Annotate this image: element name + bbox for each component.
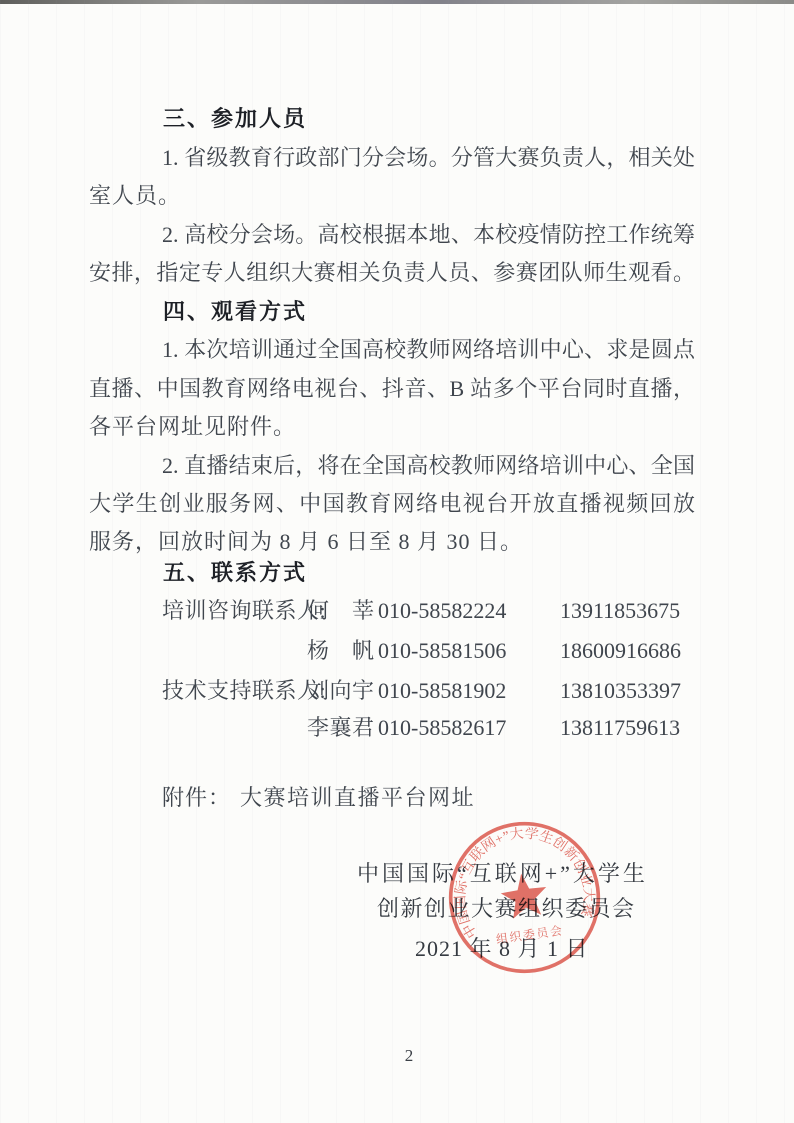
- contact-name: 刘向宇: [307, 676, 375, 706]
- contact-phone: 010-58582617: [378, 713, 506, 743]
- contact-phone: 010-58582224: [378, 596, 506, 626]
- document-page: 三、参加人员 1. 省级教育行政部门分会场。分管大赛负责人，相关处 室人员。 2…: [0, 0, 794, 1123]
- contact-row: 李襄君 010-58582617 13811759613: [0, 713, 794, 743]
- contact-name: 何 莘: [307, 596, 375, 626]
- seal-bottom-text: 组织委员会: [495, 923, 564, 946]
- attachment-note: 附件： 大赛培训直播平台网址: [0, 783, 794, 813]
- attachment-label: 附件：: [162, 783, 231, 813]
- paragraph-line: 服务，回放时间为 8 月 6 日至 8 月 30 日。: [89, 527, 695, 557]
- paragraph-line: 直播、中国教育网络电视台、抖音、B 站多个平台同时直播，: [89, 374, 695, 404]
- contact-phone: 010-58581506: [378, 636, 506, 666]
- paragraph-line: 2. 高校分会场。高校根据本地、本校疫情防控工作统筹: [89, 220, 695, 250]
- contact-mobile: 18600916686: [560, 636, 681, 666]
- contact-mobile: 13911853675: [560, 596, 680, 626]
- contact-name: 杨 帆: [307, 636, 375, 666]
- paragraph-line: 安排，指定专人组织大赛相关负责人员、参赛团队师生观看。: [89, 258, 695, 288]
- seal-star-icon: [498, 870, 549, 919]
- contact-mobile: 13810353397: [560, 676, 681, 706]
- paragraph-line: 大学生创业服务网、中国教育网络电视台开放直播视频回放: [89, 489, 695, 519]
- section-three-heading: 三、参加人员: [163, 104, 307, 134]
- contact-name: 李襄君: [307, 713, 375, 743]
- paragraph-line: 1. 省级教育行政部门分会场。分管大赛负责人，相关处: [89, 143, 695, 173]
- contact-row: 培训咨询联系人: 何 莘 010-58582224 13911853675: [0, 596, 794, 626]
- contact-label: 培训咨询联系人:: [162, 596, 326, 626]
- paragraph-line: 各平台网址见附件。: [89, 412, 695, 442]
- page-number: 2: [12, 1044, 794, 1068]
- contact-phone: 010-58581902: [378, 676, 506, 706]
- contact-row: 技术支持联系人: 刘向宇 010-58581902 13810353397: [0, 676, 794, 706]
- contact-label: 技术支持联系人:: [162, 676, 326, 706]
- contact-mobile: 13811759613: [560, 713, 680, 743]
- paragraph-line: 2. 直播结束后，将在全国高校教师网络培训中心、全国: [89, 451, 695, 481]
- contact-row: 杨 帆 010-58581506 18600916686: [0, 636, 794, 666]
- paragraph-line: 室人员。: [89, 181, 695, 211]
- section-five-heading: 五、联系方式: [163, 558, 307, 588]
- official-seal-graphic: 中国国际“互联网+”大学生创新创业大赛 组织委员会: [436, 809, 613, 986]
- official-seal: 中国国际“互联网+”大学生创新创业大赛 组织委员会: [436, 809, 613, 986]
- attachment-title: 大赛培训直播平台网址: [240, 783, 475, 813]
- paragraph-line: 1. 本次培训通过全国高校教师网络培训中心、求是圆点: [89, 335, 695, 365]
- section-four-heading: 四、观看方式: [163, 297, 307, 327]
- scan-edge-artifact: [0, 0, 794, 4]
